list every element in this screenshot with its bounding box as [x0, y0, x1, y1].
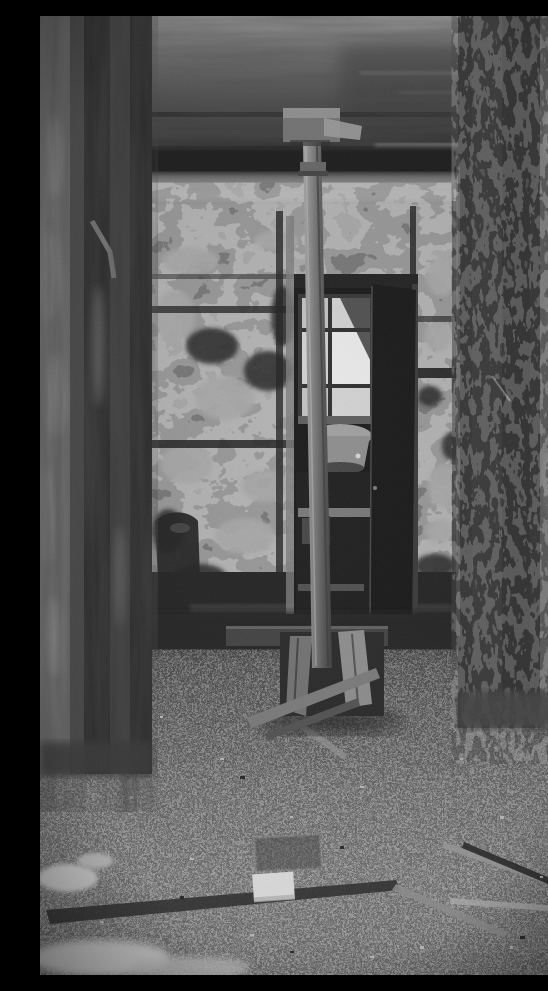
vignette [40, 16, 548, 975]
photograph [40, 16, 548, 975]
photo-canvas [40, 16, 548, 975]
